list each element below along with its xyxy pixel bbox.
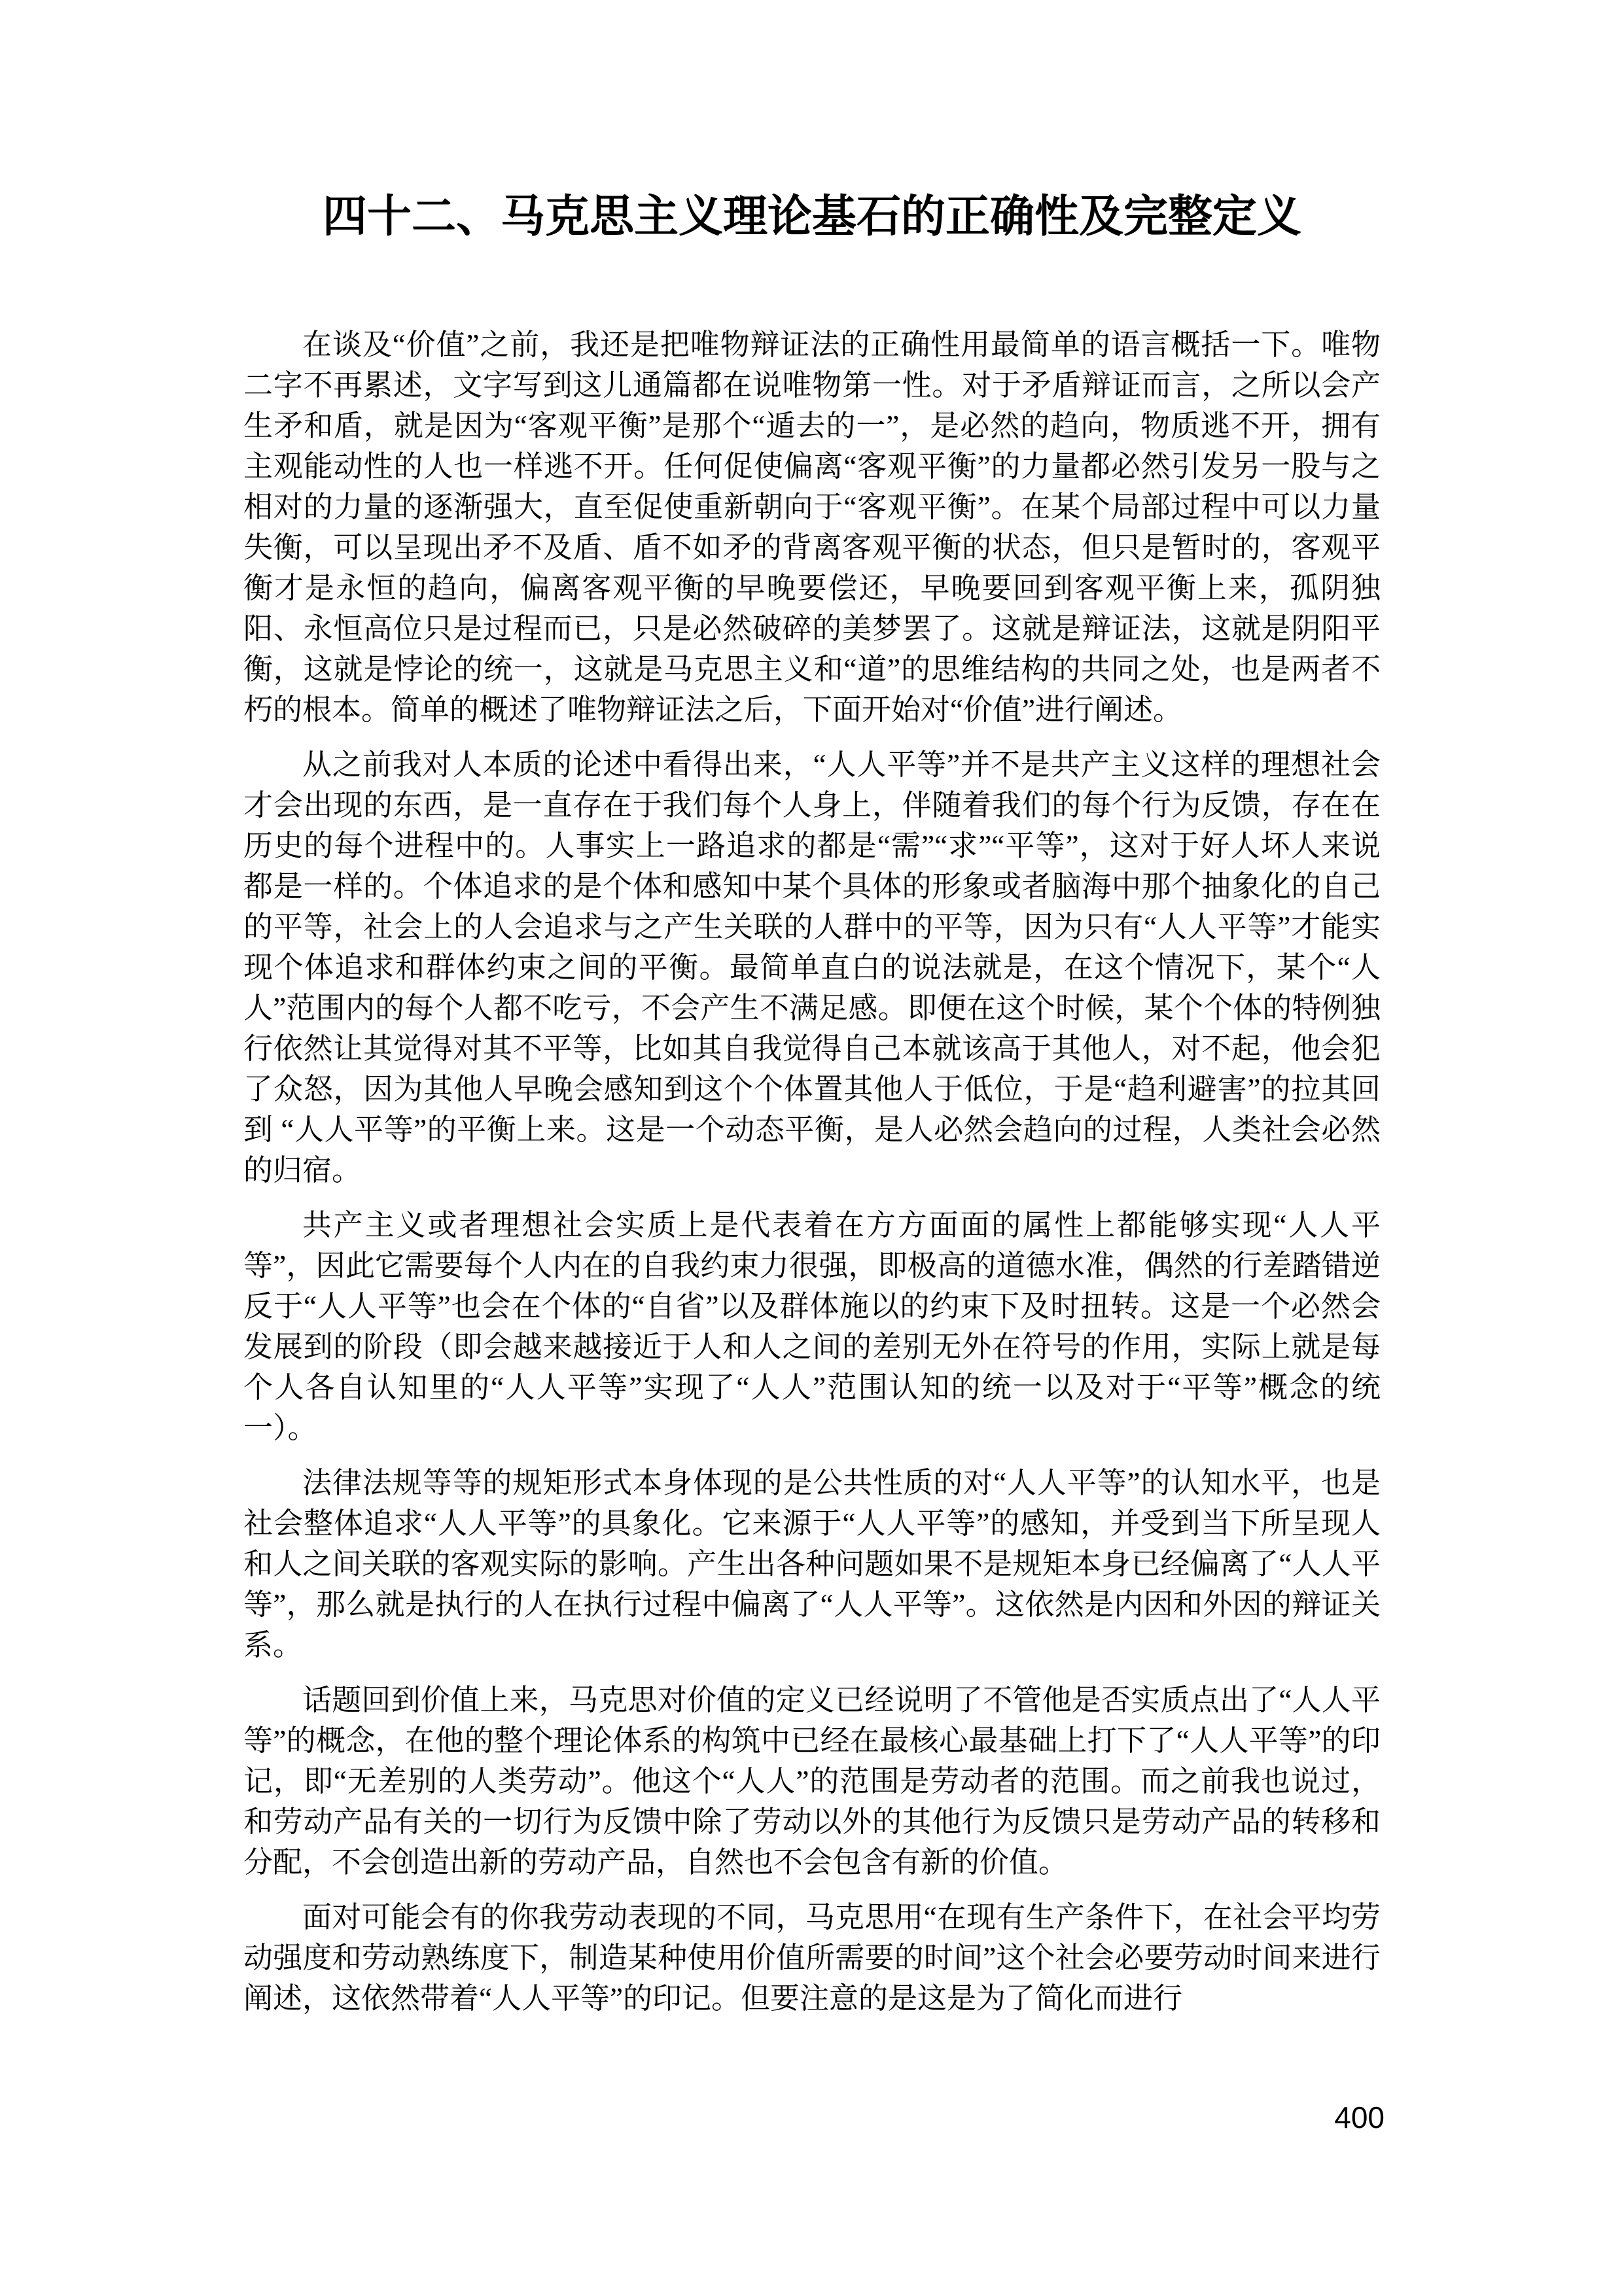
page-number: 400 xyxy=(1334,2101,1385,2134)
document-body: 在谈及“价值”之前，我还是把唯物辩证法的正确性用最简单的语言概括一下。唯物二字不… xyxy=(243,324,1381,2019)
document-page: 四十二、马克思主义理论基石的正确性及完整定义 在谈及“价值”之前，我还是把唯物辩… xyxy=(0,0,1624,2296)
paragraph-4: 法律法规等等的规矩形式本身体现的是公共性质的对“人人平等”的认知水平，也是社会整… xyxy=(243,1463,1381,1665)
paragraph-6: 面对可能会有的你我劳动表现的不同，马克思用“在现有生产条件下，在社会平均劳动强度… xyxy=(243,1897,1381,2019)
page-title: 四十二、马克思主义理论基石的正确性及完整定义 xyxy=(243,0,1381,245)
paragraph-1: 在谈及“价值”之前，我还是把唯物辩证法的正确性用最简单的语言概括一下。唯物二字不… xyxy=(243,324,1381,730)
paragraph-3: 共产主义或者理想社会实质上是代表着在方方面面的属性上都能够实现“人人平等”，因此… xyxy=(243,1205,1381,1448)
paragraph-2: 从之前我对人本质的论述中看得出来，“人人平等”并不是共产主义这样的理想社会才会出… xyxy=(243,744,1381,1191)
paragraph-5: 话题回到价值上来，马克思对价值的定义已经说明了不管他是否实质点出了“人人平等”的… xyxy=(243,1680,1381,1883)
